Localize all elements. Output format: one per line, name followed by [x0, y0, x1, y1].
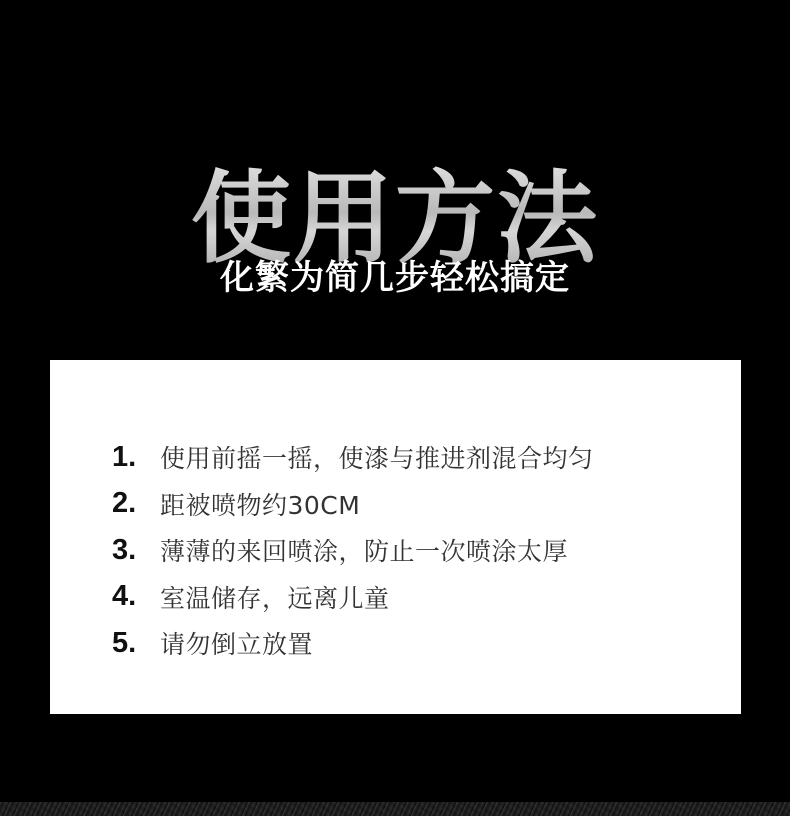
- step-text: 距被喷物约30CM: [160, 486, 360, 522]
- instruction-step: 1. 使用前摇一摇，使漆与推进剂混合均匀: [112, 434, 594, 481]
- instruction-step: 4. 室温储存，远离儿童: [112, 574, 594, 621]
- instruction-list: 1. 使用前摇一摇，使漆与推进剂混合均匀 2. 距被喷物约30CM 3. 薄薄的…: [112, 434, 594, 667]
- instruction-step: 2. 距被喷物约30CM: [112, 481, 594, 528]
- step-text: 请勿倒立放置: [160, 625, 313, 661]
- decorative-texture-strip: [0, 802, 790, 816]
- step-number: 2.: [112, 487, 160, 520]
- instruction-step: 3. 薄薄的来回喷涂，防止一次喷涂太厚: [112, 527, 594, 574]
- instructions-card: 1. 使用前摇一摇，使漆与推进剂混合均匀 2. 距被喷物约30CM 3. 薄薄的…: [50, 360, 741, 714]
- step-number: 3.: [112, 534, 160, 567]
- step-number: 5.: [112, 627, 160, 660]
- step-number: 1.: [112, 441, 160, 474]
- step-number: 4.: [112, 580, 160, 613]
- page-subtitle: 化繁为简几步轻松搞定: [0, 256, 790, 300]
- step-text: 薄薄的来回喷涂，防止一次喷涂太厚: [160, 532, 568, 568]
- instruction-step: 5. 请勿倒立放置: [112, 620, 594, 667]
- step-text: 使用前摇一摇，使漆与推进剂混合均匀: [160, 439, 594, 475]
- step-text: 室温储存，远离儿童: [160, 579, 390, 615]
